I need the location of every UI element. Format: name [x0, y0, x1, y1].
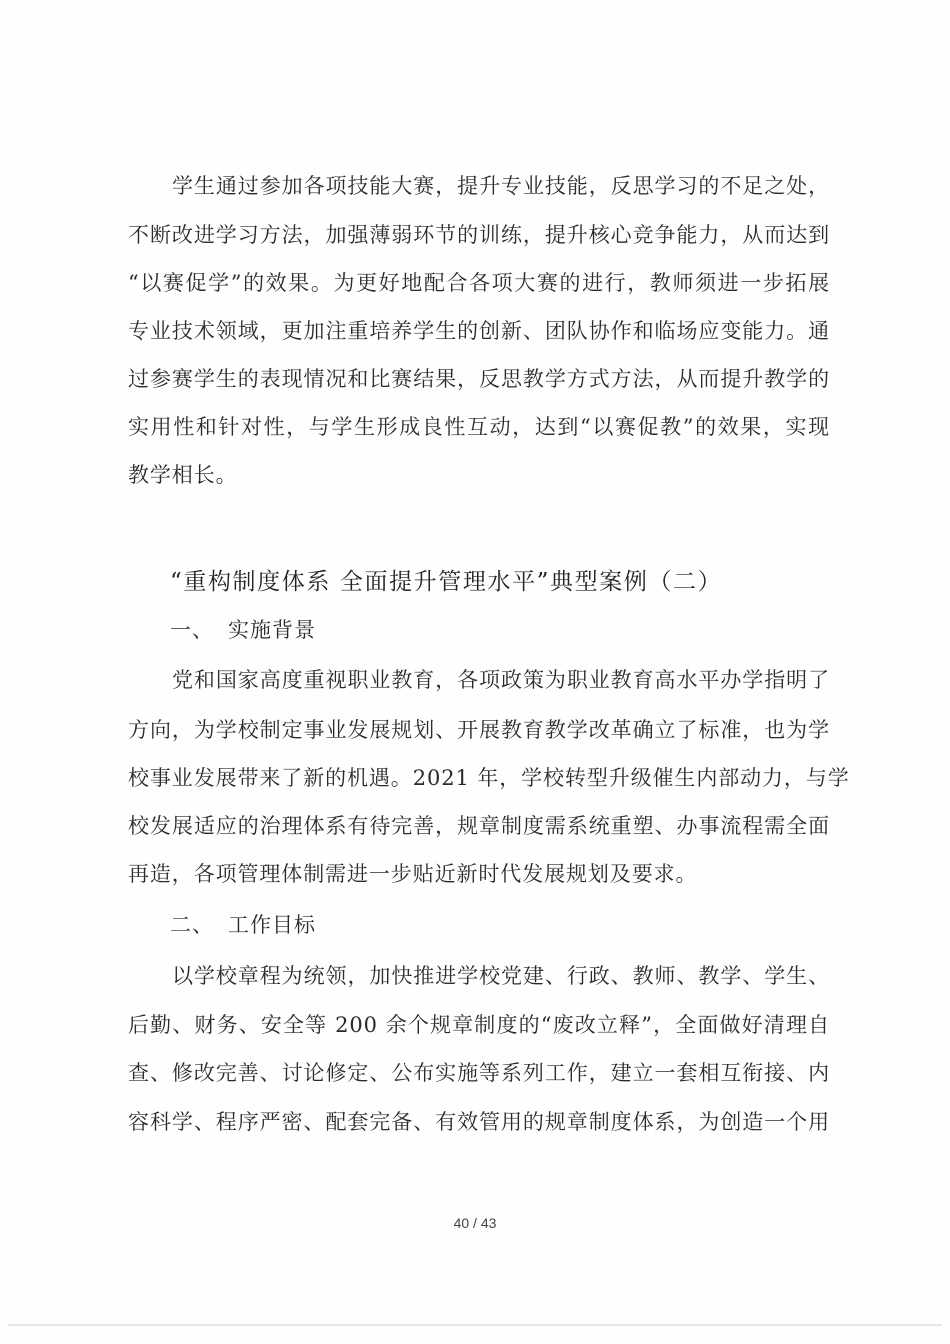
paragraph-line: 党和国家高度重视职业教育，各项政策为职业教育高水平办学指明了 — [172, 666, 830, 694]
page-number: 40 / 43 — [0, 1215, 950, 1231]
document-page: 学生通过参加各项技能大赛，提升专业技能，反思学习的不足之处， 不断改进学习方法，… — [0, 0, 950, 1344]
paragraph-line: 容科学、程序严密、配套完备、有效管用的规章制度体系，为创造一个用 — [128, 1108, 830, 1136]
section-heading-goals: 二、工作目标 — [170, 911, 316, 939]
scan-edge-divider — [8, 1324, 942, 1326]
paragraph-line: 不断改进学习方法，加强薄弱环节的训练，提升核心竞争能力，从而达到 — [128, 221, 830, 249]
paragraph-line: 查、修改完善、讨论修定、公布实施等系列工作，建立一套相互衔接、内 — [128, 1059, 830, 1087]
heading-text: 实施背景 — [228, 618, 316, 642]
paragraph-line: 学生通过参加各项技能大赛，提升专业技能，反思学习的不足之处， — [172, 172, 830, 200]
paragraph-line: 方向，为学校制定事业发展规划、开展教育教学改革确立了标准，也为学 — [128, 716, 830, 744]
paragraph-line: 实用性和针对性，与学生形成良性互动，达到“以赛促教”的效果，实现 — [128, 413, 830, 441]
paragraph-line: 校发展适应的治理体系有待完善，规章制度需系统重塑、办事流程需全面 — [128, 812, 830, 840]
paragraph-line: 专业技术领域，更加注重培养学生的创新、团队协作和临场应变能力。通 — [128, 317, 830, 345]
paragraph-line: 再造，各项管理体制需进一步贴近新时代发展规划及要求。 — [128, 860, 830, 888]
paragraph-line: “以赛促学”的效果。为更好地配合各项大赛的进行，教师须进一步拓展 — [128, 269, 830, 297]
heading-number: 二、 — [170, 911, 228, 939]
paragraph-line: 后勤、财务、安全等 200 余个规章制度的“废改立释”，全面做好清理自 — [128, 1011, 830, 1039]
paragraph-line: 校事业发展带来了新的机遇。2021 年，学校转型升级催生内部动力，与学 — [128, 764, 830, 792]
paragraph-line: 教学相长。 — [128, 461, 830, 489]
case-title: “重构制度体系 全面提升管理水平”典型案例（二） — [170, 566, 790, 598]
paragraph-line: 过参赛学生的表现情况和比赛结果，反思教学方式方法，从而提升教学的 — [128, 365, 830, 393]
heading-number: 一、 — [170, 616, 228, 644]
paragraph-line: 以学校章程为统领，加快推进学校党建、行政、教师、教学、学生、 — [172, 962, 830, 990]
heading-text: 工作目标 — [228, 913, 316, 937]
section-heading-background: 一、实施背景 — [170, 616, 316, 644]
